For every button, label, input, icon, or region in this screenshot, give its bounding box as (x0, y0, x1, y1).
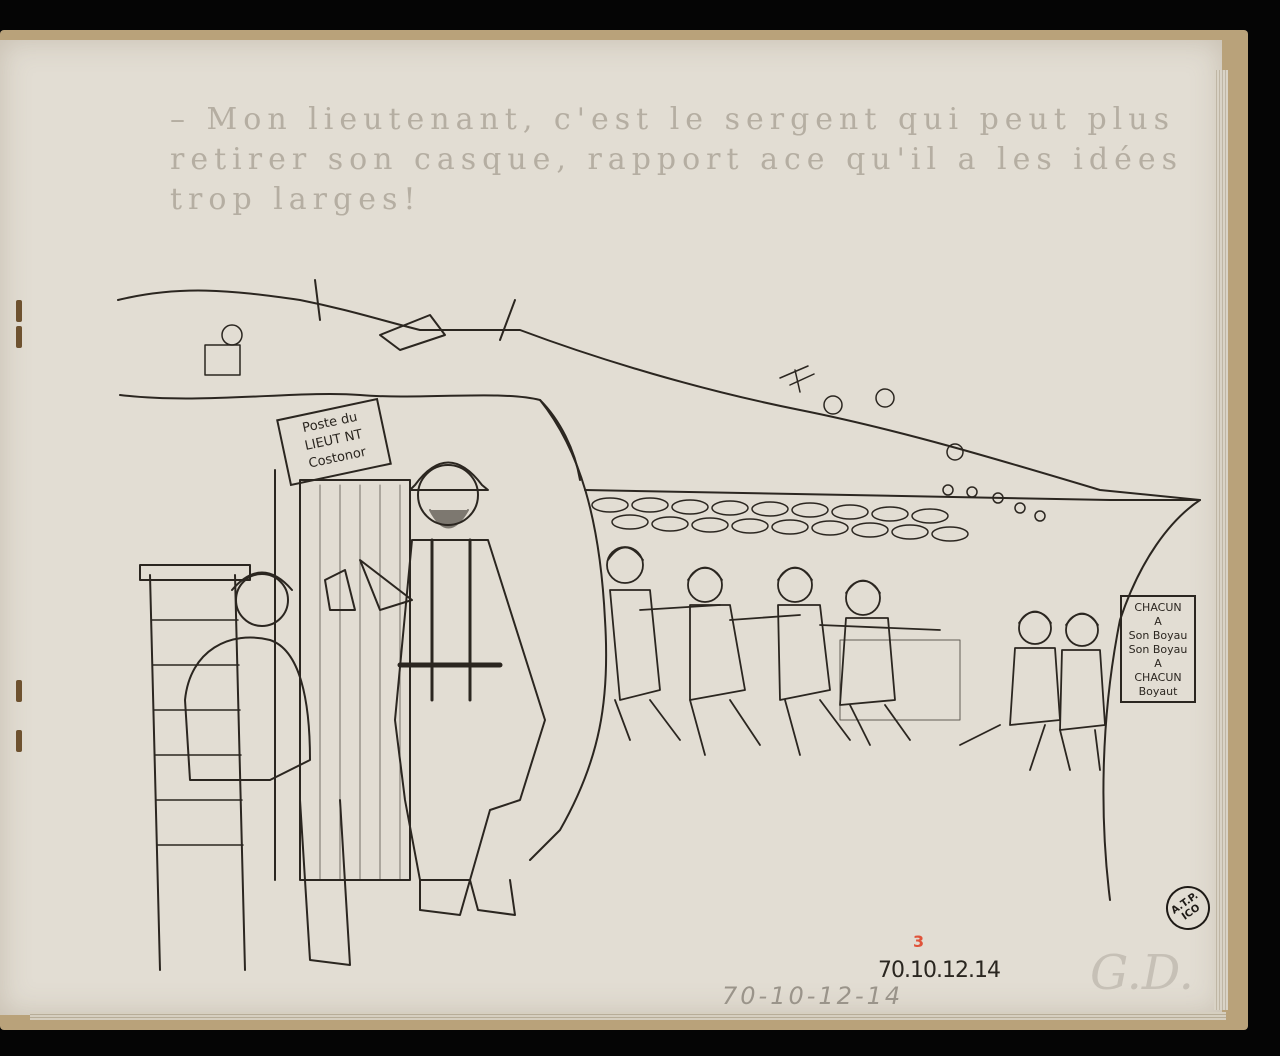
sign-line: Son Boyau (1122, 643, 1194, 657)
handwritten-inventory-code: 70-10-12-14 (722, 982, 903, 1010)
trench-sign: CHACUN A Son Boyau Son Boyau A CHACUN Bo… (1120, 595, 1196, 703)
trench-illustration (0, 0, 1280, 1056)
sign-line: Boyaut (1122, 685, 1194, 699)
red-inventory-number: 3 (913, 932, 924, 951)
printed-inventory-code: 70.10.12.14 (878, 958, 1000, 983)
sign-line: Son Boyau (1122, 629, 1194, 643)
sign-line: CHACUN (1122, 671, 1194, 685)
sign-line: A (1122, 657, 1194, 671)
sign-line: CHACUN (1122, 601, 1194, 615)
sign-line: A (1122, 615, 1194, 629)
pencil-initials: G.D. (1090, 945, 1194, 1001)
